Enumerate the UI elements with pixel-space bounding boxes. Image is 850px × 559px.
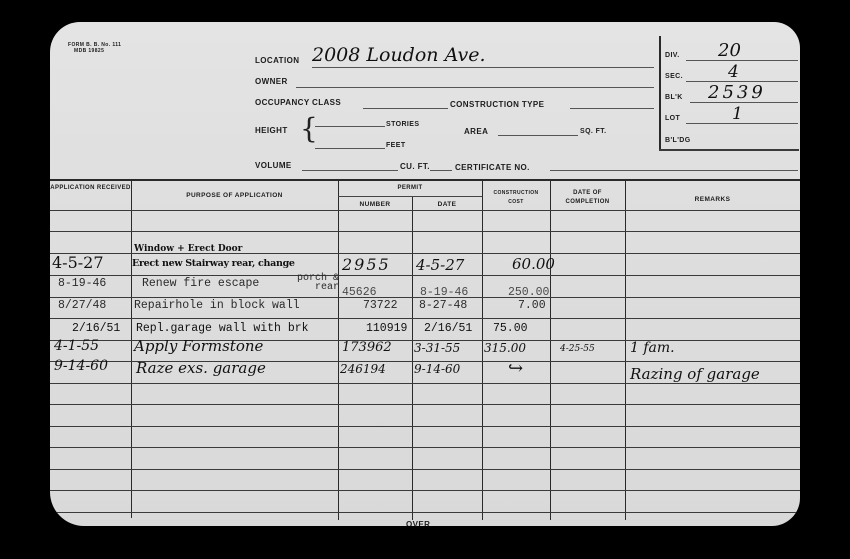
col-cost-l2: COST bbox=[482, 199, 550, 205]
row4-purpose-l1: Repl.garage wall with brk bbox=[136, 322, 309, 335]
row4-cost: 75.00 bbox=[493, 322, 528, 335]
col-permit-number: NUMBER bbox=[338, 201, 412, 208]
div-value: 20 bbox=[718, 40, 741, 61]
row1-number: 2955 bbox=[342, 255, 391, 274]
permit-record-card: FORM B. B. No. 111 MDB 19825 LOCATION 20… bbox=[50, 22, 800, 526]
stories-label: STORIES bbox=[386, 121, 419, 128]
row6-cost-arrow: ↪ bbox=[508, 358, 523, 379]
row2-purpose-l2: porch & rear bbox=[287, 274, 339, 292]
mdb-number: MDB 19825 bbox=[74, 48, 104, 54]
row5-date: 3-31-55 bbox=[414, 341, 460, 355]
row1-purpose-l1: Window + Erect Door bbox=[134, 244, 242, 254]
row2-date: 8-19-46 bbox=[420, 286, 468, 299]
row1-received: 4-5-27 bbox=[52, 253, 104, 272]
location-label: LOCATION bbox=[255, 56, 299, 65]
col-completion-l2: COMPLETION bbox=[550, 199, 625, 205]
row1-cost: 60.00 bbox=[512, 255, 555, 273]
row6-date: 9-14-60 bbox=[414, 362, 460, 376]
blk-value: 2539 bbox=[708, 82, 766, 103]
bldg-label: B'L'DG bbox=[665, 137, 691, 144]
sec-label: SEC. bbox=[665, 73, 683, 80]
owner-label: OWNER bbox=[255, 77, 288, 86]
row3-cost: 7.00 bbox=[518, 299, 546, 312]
row4-number: 110919 bbox=[366, 322, 407, 335]
row2-cost: 250.00 bbox=[508, 286, 549, 299]
lot-value: 1 bbox=[732, 104, 743, 124]
col-purpose: PURPOSE OF APPLICATION bbox=[131, 192, 338, 199]
lot-label: LOT bbox=[665, 115, 680, 122]
sec-value: 4 bbox=[728, 62, 739, 82]
row4-date: 2/16/51 bbox=[424, 322, 472, 335]
col-completion-l1: DATE OF bbox=[550, 190, 625, 196]
location-value: 2008 Loudon Ave. bbox=[312, 44, 486, 66]
row5-completion: 4-25-55 bbox=[560, 344, 595, 354]
sq-ft-label: SQ. FT. bbox=[580, 128, 607, 135]
row2-received: 8-19-46 bbox=[58, 277, 106, 290]
area-label: AREA bbox=[464, 127, 488, 136]
row5-purpose-l1: Apply Formstone bbox=[134, 337, 263, 355]
row1-purpose-l2: Erect new Stairway rear, change bbox=[132, 258, 295, 269]
col-cost-l1: CONSTRUCTION bbox=[482, 190, 550, 196]
construction-type-label: CONSTRUCTION TYPE bbox=[450, 100, 544, 109]
row6-remarks: Razing of garage bbox=[630, 365, 760, 383]
row3-date: 8-27-48 bbox=[419, 299, 467, 312]
row1-date: 4-5-27 bbox=[416, 256, 464, 274]
col-permit-date: DATE bbox=[412, 201, 482, 208]
div-label: DIV. bbox=[665, 52, 680, 59]
col-app-received: APPLICATION RECEIVED bbox=[50, 184, 131, 193]
row2-purpose-l1: Renew fire escape bbox=[142, 277, 259, 290]
col-remarks: REMARKS bbox=[625, 196, 800, 203]
occupancy-class-label: OCCUPANCY CLASS bbox=[255, 98, 341, 107]
row3-received: 8/27/48 bbox=[58, 299, 106, 312]
volume-label: VOLUME bbox=[255, 161, 292, 170]
blk-label: BL'K bbox=[665, 94, 683, 101]
row6-purpose-l1: Raze exs. garage bbox=[136, 359, 266, 377]
over-label: OVER bbox=[406, 520, 430, 526]
brace-icon: { bbox=[300, 115, 318, 143]
row3-number: 73722 bbox=[363, 299, 398, 312]
row5-number: 173962 bbox=[342, 340, 392, 355]
row2-number: 45626 bbox=[342, 286, 377, 299]
row6-number: 246194 bbox=[340, 362, 386, 376]
col-permit: PERMIT bbox=[338, 185, 482, 191]
row4-received: 2/16/51 bbox=[72, 322, 120, 335]
certificate-label: CERTIFICATE NO. bbox=[455, 163, 530, 172]
row5-remarks: 1 fam. bbox=[630, 340, 675, 356]
feet-label: FEET bbox=[386, 142, 406, 149]
row5-received: 4-1-55 bbox=[54, 338, 99, 354]
row3-purpose-l1: Repairhole in block wall bbox=[134, 299, 300, 312]
height-label: HEIGHT bbox=[255, 126, 288, 135]
row6-received: 9-14-60 bbox=[54, 358, 108, 374]
cu-ft-label: CU. FT. bbox=[400, 162, 430, 171]
row5-cost: 315.00 bbox=[484, 341, 526, 355]
